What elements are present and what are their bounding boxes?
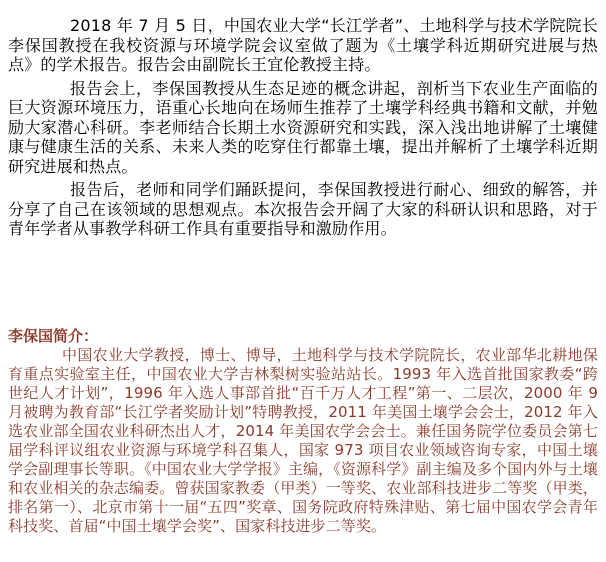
report-paragraph-3: 报告后，老师和同学们踊跃提问，李保国教授进行耐心、细致的解答，并分享了自己在该领…	[8, 180, 598, 239]
report-paragraph-1: 2018 年 7 月 5 日，中国农业大学“长江学者”、土地科学与技术学院院长李…	[8, 16, 598, 75]
report-section: 2018 年 7 月 5 日，中国农业大学“长江学者”、土地科学与技术学院院长李…	[8, 16, 598, 239]
profile-paragraph: 中国农业大学教授，博士、博导，土地科学与技术学院院长，农业部华北耕地保育重点实验…	[8, 346, 598, 536]
report-paragraph-2: 报告会上，李保国教授从生态足迹的概念讲起，剖析当下农业生产面临的巨大资源环境压力…	[8, 79, 598, 177]
profile-heading: 李保国简介：	[8, 327, 598, 346]
document-page: 2018 年 7 月 5 日，中国农业大学“长江学者”、土地科学与技术学院院长李…	[0, 0, 606, 562]
profile-section: 李保国简介： 中国农业大学教授，博士、博导，土地科学与技术学院院长，农业部华北耕…	[8, 327, 598, 536]
